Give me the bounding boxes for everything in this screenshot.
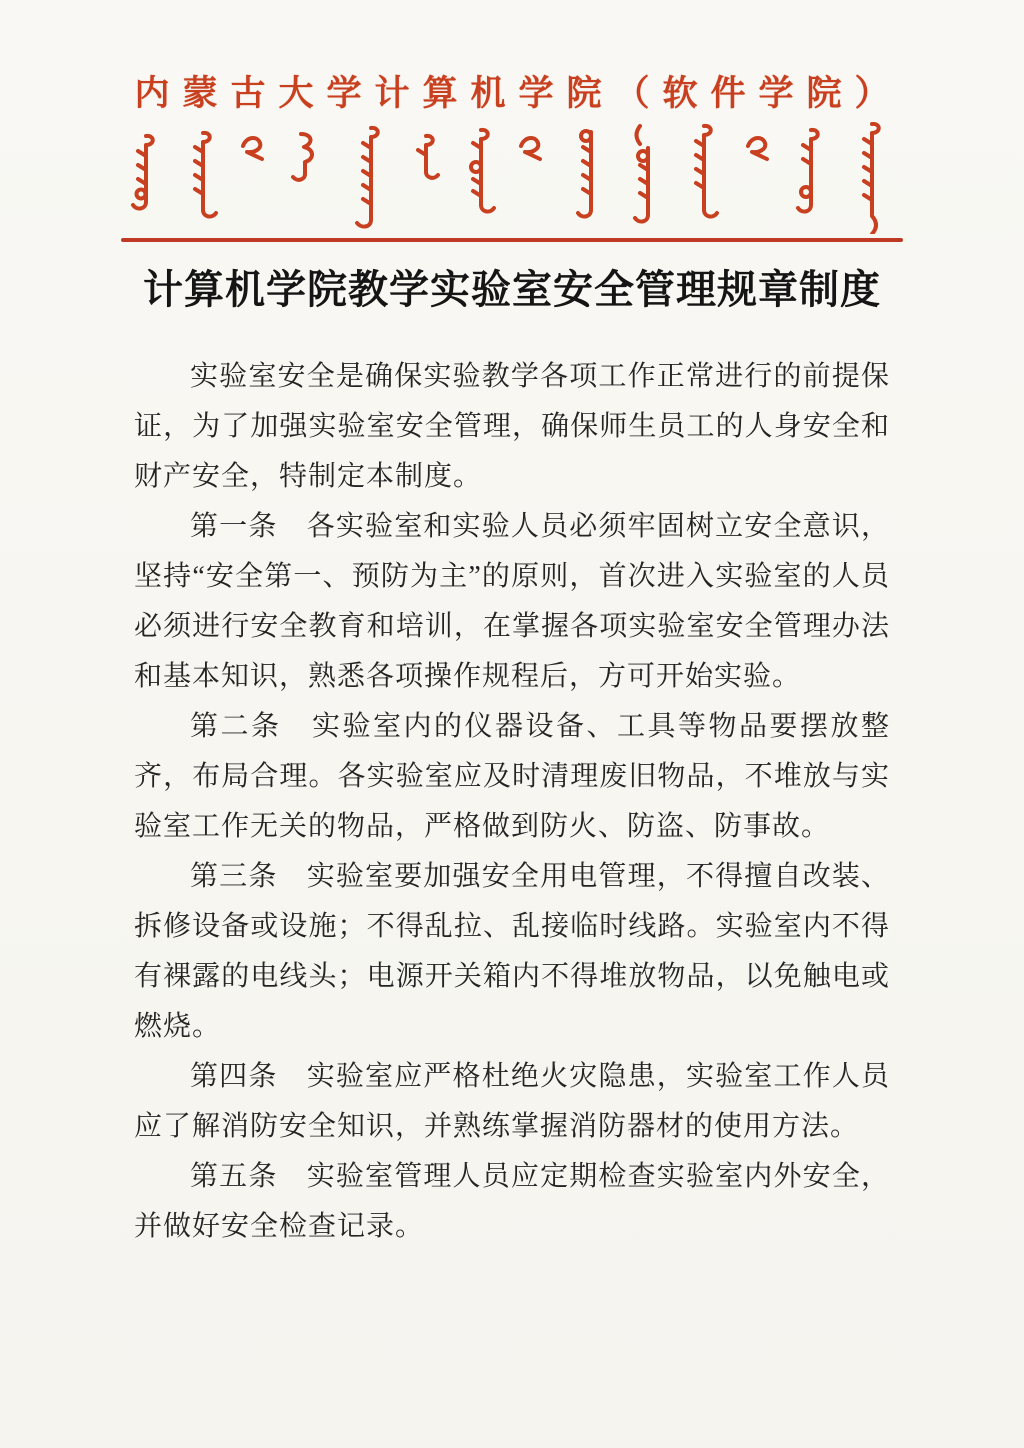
paragraph-article-4: 第四条 实验室应严格杜绝火灾隐患，实验室工作人员应了解消防安全知识，并熟练掌握消… — [134, 1052, 890, 1152]
mongolian-script — [131, 122, 893, 234]
document-body: 实验室安全是确保实验教学各项工作正常进行的前提保证，为了加强实验室安全管理，确保… — [134, 352, 890, 1252]
scanned-document-page: 内蒙古大学计算机学院（软件学院） — [0, 0, 1024, 1448]
institution-name: 内蒙古大学计算机学院（软件学院） — [121, 66, 902, 116]
letterhead-rule — [121, 238, 903, 242]
paragraph-article-1: 第一条 各实验室和实验人员必须牢固树立安全意识，坚持“安全第一、预防为主”的原则… — [134, 502, 890, 702]
paragraph-intro: 实验室安全是确保实验教学各项工作正常进行的前提保证，为了加强实验室安全管理，确保… — [134, 352, 890, 502]
paragraph-article-2: 第二条 实验室内的仪器设备、工具等物品要摆放整齐，布局合理。各实验室应及时清理废… — [134, 702, 890, 852]
paragraph-article-3: 第三条 实验室要加强安全用电管理，不得擅自改装、拆修设备或设施；不得乱拉、乱接临… — [134, 852, 890, 1052]
document-title: 计算机学院教学实验室安全管理规章制度 — [62, 266, 962, 314]
paragraph-article-5: 第五条 实验室管理人员应定期检查实验室内外安全，并做好安全检查记录。 — [134, 1152, 890, 1252]
letterhead: 内蒙古大学计算机学院（软件学院） — [0, 0, 1024, 242]
